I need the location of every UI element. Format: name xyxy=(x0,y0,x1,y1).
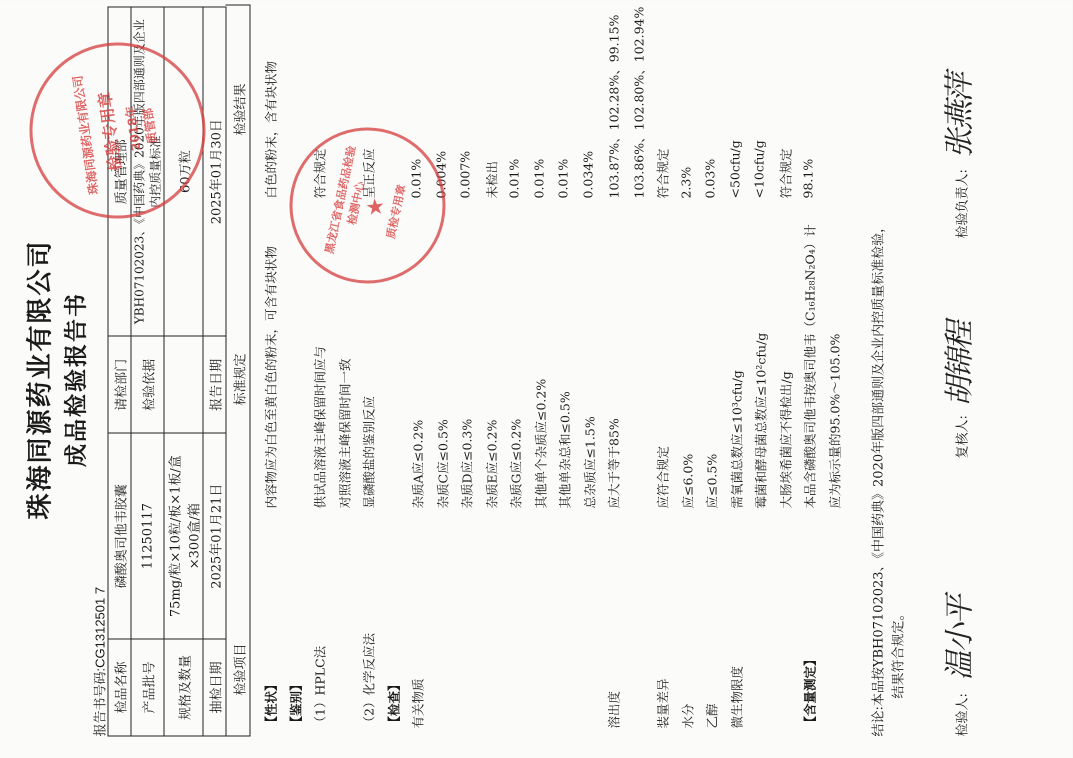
result-row-result: 0.007% xyxy=(458,151,473,199)
result-row-result: 0.01% xyxy=(556,159,571,199)
company-stamp-bottom: 质管部 xyxy=(139,107,161,145)
results-header: 检验项目 标准规定 检验结果 xyxy=(226,5,251,737)
result-row-result: 103.87%、102.28%、99.15% xyxy=(605,15,623,199)
result-row-standard: 本品含磷酸奥司他韦按奥司他韦（C₁₆H₂₈N₂O₄）计 xyxy=(801,224,819,508)
conclusion-text-2: 结果符合规定。 xyxy=(888,607,907,698)
result-row-standard: 供试品溶液主峰保留时间应与 xyxy=(311,346,329,509)
result-row-standard: 杂质E应≤0.2% xyxy=(482,420,500,509)
result-row-standard: 应≤6.0% xyxy=(678,454,696,509)
result-row-result: 符合规定 xyxy=(776,148,794,198)
result-row-standard: 对照溶液主峰保留时间一致 xyxy=(335,358,353,508)
report-number-label: 报告书号码: xyxy=(93,668,108,737)
basis-label: 检验依据 xyxy=(131,336,164,433)
result-row-standard: 应≤0.5% xyxy=(703,454,721,509)
result-row-item: （2）化学反应法 xyxy=(360,633,378,728)
result-row-standard: 其他单个杂质应≤0.2% xyxy=(531,379,549,509)
lab-stamp: 黑龙江省食品药品检验检测中心 ★ 质检专用章 xyxy=(275,113,460,298)
result-row-standard: 杂质G应≤0.2% xyxy=(507,419,525,509)
column-item: 检验项目 xyxy=(230,643,249,695)
sample-date-label: 抽检日期 xyxy=(203,639,226,736)
report-sheet: 珠海同源药业有限公司 成品检验报告书 报告书号码:CG1312501 7 检品名… xyxy=(0,1,1073,758)
result-row-standard: 显磷酸盐的鉴别反应 xyxy=(360,396,378,509)
result-row-item: 有关物质 xyxy=(409,678,427,728)
result-row-item: 【鉴别】 xyxy=(286,678,304,728)
product-name-value: 磷酸奥司他韦胶囊 xyxy=(108,433,131,639)
batch-label: 产品批号 xyxy=(131,639,164,736)
batch-value: 11250117 xyxy=(131,433,164,639)
reviewer-signature: 胡锦程 xyxy=(935,323,979,407)
result-row-standard: 杂质A应≤0.2% xyxy=(409,420,427,509)
result-row-result: 0.01% xyxy=(531,159,546,199)
report-number: 报告书号码:CG1312501 7 xyxy=(90,587,109,737)
result-row-result: 0.034% xyxy=(580,151,595,199)
result-row-item: （1）HPLC法 xyxy=(311,646,329,729)
column-standard: 标准规定 xyxy=(230,353,249,405)
result-row-result: 2.3% xyxy=(678,167,693,199)
result-row-standard: 应为标示量的95.0%～105.0% xyxy=(825,334,843,509)
report-number-value: CG1312501 7 xyxy=(93,587,108,668)
result-row-item: 微生物限度 xyxy=(727,666,745,729)
result-row-standard: 杂质C应≤0.5% xyxy=(433,419,451,508)
result-row-result: <50cfu/g xyxy=(727,140,742,198)
spec-label: 规格及数量 xyxy=(164,639,203,736)
result-row-standard: 杂质D应≤0.3% xyxy=(458,419,476,509)
result-row-result: 98.1% xyxy=(801,159,816,199)
result-row-standard: 其他单杂总和≤0.5% xyxy=(556,391,574,508)
report-date-label: 报告日期 xyxy=(203,336,226,433)
conclusion: 结论:本品按YBH07102023、《中国药典》2020年版四部通则及企业内控质… xyxy=(868,220,887,737)
result-row-item: 【含量测定】 xyxy=(801,653,819,728)
result-row-item: 装量差异 xyxy=(654,678,672,728)
result-row-standard: 需氧菌总数应≤10³cfu/g xyxy=(727,370,745,508)
result-row-result: 0.01% xyxy=(507,159,522,199)
result-row-standard: 内容物应为白色至黄白色的粉末，可含有块状物 xyxy=(262,246,280,509)
result-row-item: 乙醇 xyxy=(703,703,721,728)
result-row-standard: 总杂质应≤1.5% xyxy=(580,416,598,508)
reviewer-label: 复核人: xyxy=(952,415,971,458)
result-row-result: 未检出 xyxy=(482,161,500,199)
conclusion-text: 本品按YBH07102023、《中国药典》2020年版四部通则及企业内控质量标准… xyxy=(872,220,887,706)
result-row-result: 103.86%、102.80%、102.94% xyxy=(629,7,647,199)
result-row-result: 符合规定 xyxy=(654,148,672,198)
supervisor-label: 检验负责人: xyxy=(952,169,971,238)
result-row-standard: 应符合规定 xyxy=(654,446,672,509)
result-row-item: 【检查】 xyxy=(384,678,402,728)
conclusion-label: 结论: xyxy=(872,706,887,736)
column-result: 检验结果 xyxy=(230,83,249,135)
result-row-item: 溶出度 xyxy=(605,691,623,729)
result-row-result: 白色的粉末，含有块状物 xyxy=(262,61,280,199)
quantity-label xyxy=(164,336,203,433)
result-row-item: 水分 xyxy=(678,703,696,728)
sample-date-value: 2025年01月21日 xyxy=(203,433,226,639)
request-dept-label: 请检部门 xyxy=(108,336,131,433)
result-row-standard: 霉菌和酵母菌总数应≤10²cfu/g xyxy=(752,333,770,509)
result-row-standard: 应大于等于85% xyxy=(605,418,623,508)
result-row-result: <10cfu/g xyxy=(752,140,767,198)
report-date-value: 2025年01月30日 xyxy=(203,7,226,336)
spec-value: 75mg/粒×10粒/板×1板/盒×300盒/箱 xyxy=(164,433,203,639)
inspector-label: 检验人: xyxy=(952,693,971,736)
product-name-label: 检品名称 xyxy=(108,639,131,736)
inspector-signature: 温小平 xyxy=(935,597,979,681)
result-row-standard: 大肠埃希菌应不得检出/g xyxy=(776,371,794,508)
result-row-item: 【性状】 xyxy=(262,678,280,728)
result-row-result: 0.03% xyxy=(703,159,718,199)
supervisor-signature: 张燕萍 xyxy=(935,75,979,159)
